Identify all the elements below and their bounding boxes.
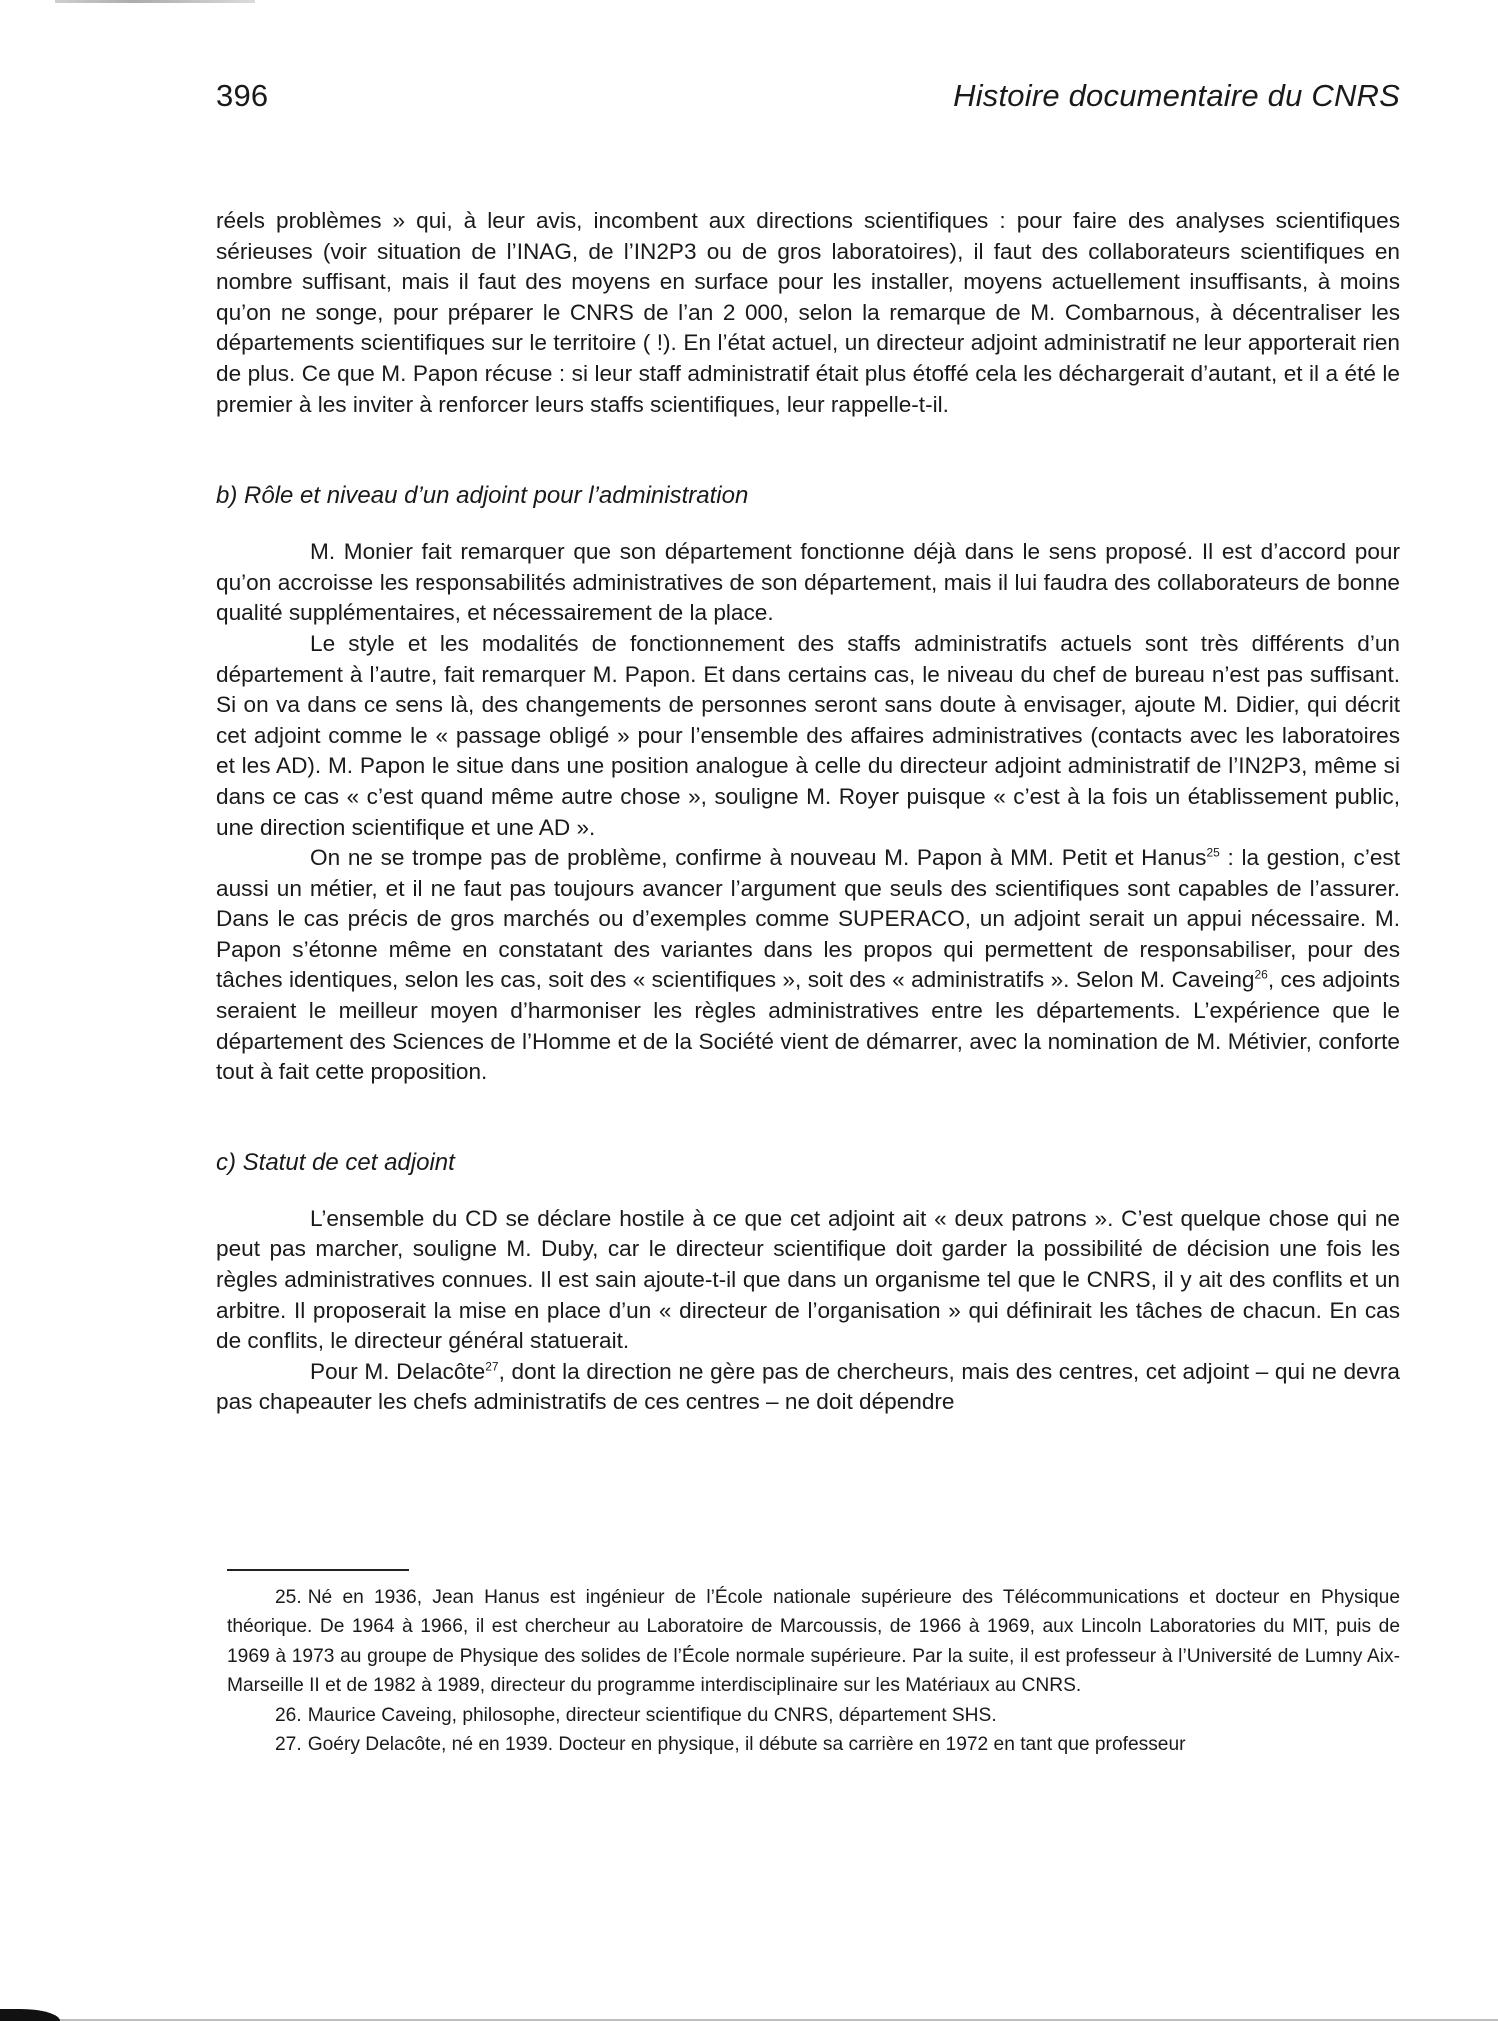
paragraph: M. Monier fait remarquer que son départe… [216, 537, 1400, 629]
book-title: Histoire documentaire du CNRS [953, 78, 1400, 114]
scan-edge-artifact [0, 2009, 60, 2021]
paragraph: Pour M. Delacôte27, dont la direction ne… [216, 1357, 1400, 1418]
paragraph-text: On ne se trompe pas de problème, confirm… [310, 845, 1206, 870]
footnote-divider [227, 1569, 409, 1571]
footnotes: 25.Né en 1936, Jean Hanus est ingénieur … [227, 1583, 1400, 1759]
footnote-ref-27[interactable]: 27 [485, 1359, 498, 1373]
footnote-number: 25. [275, 1587, 302, 1608]
footnote-ref-26[interactable]: 26 [1254, 968, 1267, 982]
footnote-27: 27.Goéry Delacôte, né en 1939. Docteur e… [227, 1730, 1400, 1759]
paragraph: On ne se trompe pas de problème, confirm… [216, 843, 1400, 1088]
section-heading-b: b) Rôle et niveau d’un adjoint pour l’ad… [216, 481, 1400, 511]
section-heading-c: c) Statut de cet adjoint [216, 1148, 1400, 1178]
main-text: réels problèmes » qui, à leur avis, inco… [216, 206, 1400, 1418]
paragraph: Le style et les modalités de fonctionnem… [216, 629, 1400, 843]
footnote-26: 26.Maurice Caveing, philosophe, directeu… [227, 1701, 1400, 1730]
page-number: 396 [216, 78, 268, 114]
footnote-25: 25.Né en 1936, Jean Hanus est ingénieur … [227, 1583, 1400, 1701]
intro-paragraph: réels problèmes » qui, à leur avis, inco… [216, 206, 1400, 420]
footnote-ref-25[interactable]: 25 [1206, 846, 1219, 860]
footnote-number: 27. [275, 1734, 302, 1755]
footnote-number: 26. [275, 1705, 302, 1726]
running-head: 396 Histoire documentaire du CNRS [216, 78, 1400, 118]
paragraph: L’ensemble du CD se déclare hostile à ce… [216, 1204, 1400, 1357]
footnote-text: Goéry Delacôte, né en 1939. Docteur en p… [308, 1734, 1186, 1755]
footnote-text: Maurice Caveing, philosophe, directeur s… [308, 1705, 997, 1726]
footnote-text: Né en 1936, Jean Hanus est ingénieur de … [227, 1587, 1400, 1696]
scan-edge-artifact [55, 0, 255, 3]
paragraph-text: Pour M. Delacôte [310, 1359, 485, 1384]
